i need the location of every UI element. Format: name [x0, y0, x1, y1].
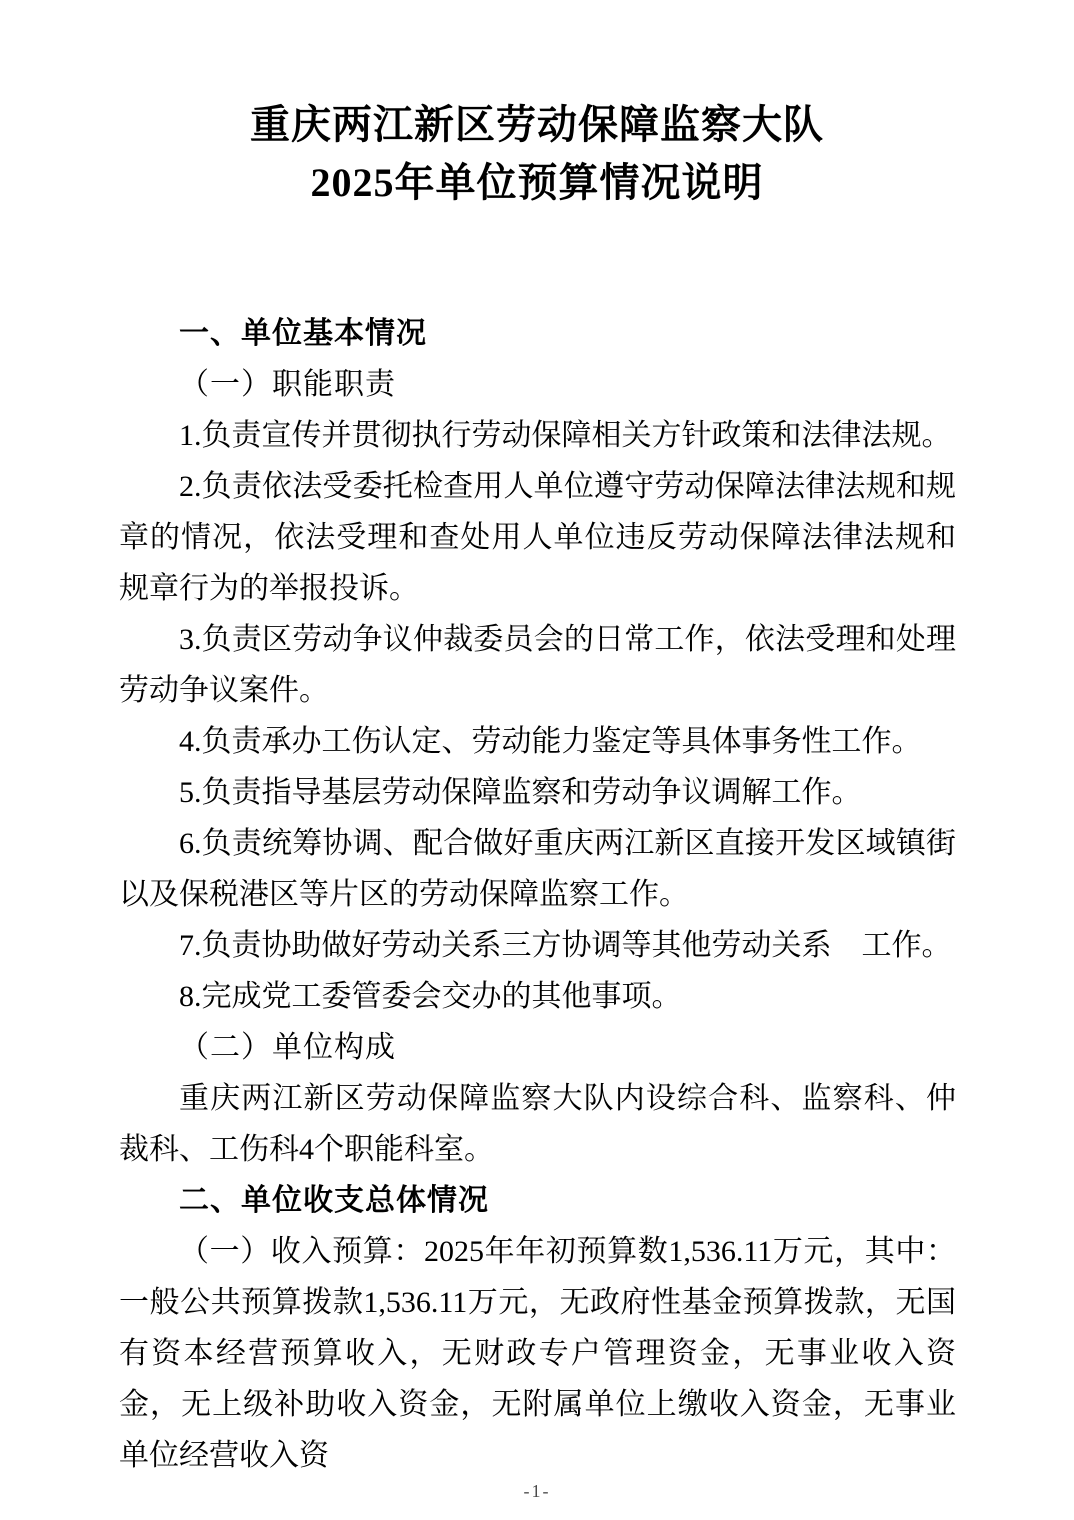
paragraph: 1.负责宣传并贯彻执行劳动保障相关方针政策和法律法规。: [119, 410, 956, 461]
document-title-line2: 2025年单位预算情况说明: [0, 154, 1074, 212]
paragraph: 重庆两江新区劳动保障监察大队内设综合科、监察科、仲裁科、工伤科4个职能科室。: [119, 1073, 956, 1175]
page-number: -1-: [0, 1480, 1074, 1502]
paragraph: 3.负责区劳动争议仲裁委员会的日常工作，依法受理和处理劳动争议案件。: [119, 614, 956, 716]
paragraph: （一）收入预算：2025年年初预算数1,536.11万元，其中：一般公共预算拨款…: [119, 1226, 956, 1481]
section-heading-2: 二、单位收支总体情况: [119, 1175, 956, 1226]
section-heading-1: 一、单位基本情况: [119, 308, 956, 359]
paragraph: 2.负责依法受委托检查用人单位遵守劳动保障法律法规和规章的情况，依法受理和查处用…: [119, 461, 956, 614]
paragraph: 7.负责协助做好劳动关系三方协调等其他劳动关系 工作。: [119, 920, 956, 971]
paragraph: 4.负责承办工伤认定、劳动能力鉴定等具体事务性工作。: [119, 716, 956, 767]
document-title: 重庆两江新区劳动保障监察大队 2025年单位预算情况说明: [0, 96, 1074, 212]
document-body: 一、单位基本情况（一）职能职责1.负责宣传并贯彻执行劳动保障相关方针政策和法律法…: [119, 308, 956, 1481]
document-title-line1: 重庆两江新区劳动保障监察大队: [0, 96, 1074, 154]
subsection-heading-1-2: （二）单位构成: [119, 1022, 956, 1073]
paragraph: 8.完成党工委管委会交办的其他事项。: [119, 971, 956, 1022]
document-page: 重庆两江新区劳动保障监察大队 2025年单位预算情况说明 一、单位基本情况（一）…: [0, 0, 1074, 1520]
paragraph: 6.负责统筹协调、配合做好重庆两江新区直接开发区域镇街以及保税港区等片区的劳动保…: [119, 818, 956, 920]
subsection-heading-1-1: （一）职能职责: [119, 359, 956, 410]
paragraph: 5.负责指导基层劳动保障监察和劳动争议调解工作。: [119, 767, 956, 818]
